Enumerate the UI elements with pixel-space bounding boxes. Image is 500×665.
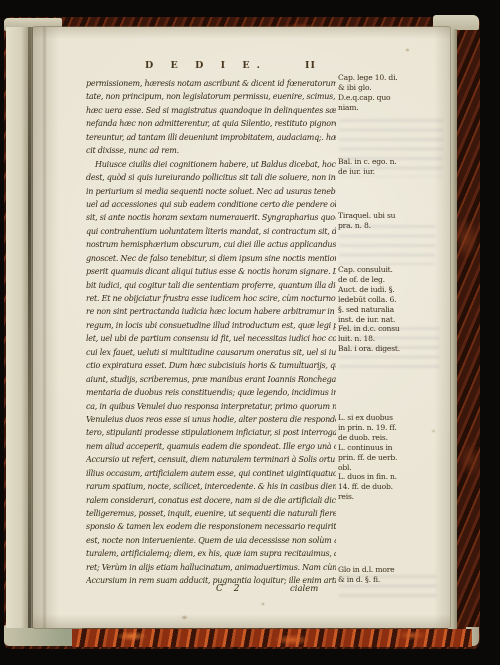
body-line: dest, quòd si quis iureiurando pollicitu… xyxy=(86,171,336,184)
margin-note-line: & ibi glo. xyxy=(338,83,438,93)
body-line: re non sint pertractanda iudicia hæc loc… xyxy=(86,305,336,318)
body-line: turalem, artificialemq; diem, ex his, qu… xyxy=(86,547,336,560)
signature-mark: C 2 xyxy=(216,584,243,594)
body-line: Venuleius duos reos esse si unus hodie, … xyxy=(86,413,336,426)
main-text-block: permissionem, hæresis notam ascribunt & … xyxy=(86,77,336,588)
body-line: gnoscet. Nec de falso tenebitur, si diem… xyxy=(86,252,336,265)
body-line: ca, in quibus Venulei duo responsa inter… xyxy=(86,400,336,413)
ink-showthrough xyxy=(339,119,443,177)
page-stain xyxy=(181,615,188,620)
margin-note-line: in prin. n. 19. ff. xyxy=(338,423,438,433)
body-line: Huiusce ciuilis diei cognitionem habere,… xyxy=(86,158,336,171)
body-line: aiunt, studijs, scriberemus, præ manibus… xyxy=(86,373,336,386)
margin-note-line: reis. xyxy=(338,492,438,502)
body-line: cui lex fauet, ueluti si multitudine cau… xyxy=(86,346,336,359)
body-line: cit dixisse, nunc ad rem. xyxy=(86,144,336,157)
body-line: ralem considerari, conatus est docere, n… xyxy=(86,494,336,507)
facing-page-sliver xyxy=(6,27,33,628)
margin-note-line: inst. de iur. nat. xyxy=(338,315,438,325)
margin-note-line: niam. xyxy=(338,103,438,113)
body-line: illius occasum, artificialem autem esse,… xyxy=(86,467,336,480)
book-page: D E D I E. II permissionem, hæresis nota… xyxy=(33,27,450,628)
margin-note-line: Cap. consuluit. xyxy=(338,265,438,275)
body-line: rarum spatium, nocte, scilicet, interced… xyxy=(86,480,336,493)
body-line: in periurium si media sequenti nocte sol… xyxy=(86,185,336,198)
ink-showthrough xyxy=(339,575,437,601)
margin-note-line: ledebūt colla. 6. xyxy=(338,295,438,305)
body-line: tate, non principum, non legislatorum pe… xyxy=(86,90,336,103)
page-stain xyxy=(405,48,410,52)
body-line: nefanda hæc non admitterentur, at quia S… xyxy=(86,117,336,130)
body-line: telligeremus, posset, inquit, euenire, u… xyxy=(86,507,336,520)
margin-note-line: D.e.q.cap. quo xyxy=(338,93,438,103)
margin-note-line: Glo in d.l. more xyxy=(338,565,438,575)
body-line: mentaria de duobus reis constituendis; q… xyxy=(86,386,336,399)
body-line: sit, si ante noctis horam sextam numerau… xyxy=(86,211,336,224)
margin-note: Cap. lege 10. di.& ibi glo.D.e.q.cap. qu… xyxy=(338,73,438,113)
gutter-crease xyxy=(42,27,47,628)
page-stain xyxy=(261,602,265,606)
margin-note-line: L. continuus in xyxy=(338,443,438,453)
margin-note-line: 14. ff. de duob. xyxy=(338,482,438,492)
body-line: bit iudici, qui cogitur tali die sentent… xyxy=(86,279,336,292)
ink-showthrough xyxy=(339,327,439,373)
margin-note-line: Cap. lege 10. di. xyxy=(338,73,438,83)
body-line: ctio expiratura esset. Dum hæc subcisiui… xyxy=(86,359,336,372)
margin-note-line: Auct. de iudi. §. xyxy=(338,285,438,295)
margin-note-line: L. duos in fin. n. xyxy=(338,472,438,482)
page-number: II xyxy=(305,60,316,71)
margin-note-line: de duob. reis. xyxy=(338,433,438,443)
cover-corner-bottom-left xyxy=(4,625,82,646)
body-line: ret. Et ne obijciatur frustra esse iudic… xyxy=(86,292,336,305)
body-line: uel ad accessiones qui sub eadem conditi… xyxy=(86,198,336,211)
body-line: tero, stipulanti prodesse stipulationem … xyxy=(86,426,336,439)
body-line: qui contrahentium uoluntatem literis man… xyxy=(86,225,336,238)
margin-note-line: prin. ff. de uerb. xyxy=(338,453,438,463)
body-line: ret; Verùm in alijs etiam hallucinatum, … xyxy=(86,561,336,574)
margin-note-line: L. si ex duobus xyxy=(338,413,438,423)
body-line: sponsio & tamen lex eodem die responsion… xyxy=(86,520,336,533)
body-line: nem aliud acceperit, quamuis eadem die s… xyxy=(86,440,336,453)
body-line: let, uel ubi de partium consensu id fit,… xyxy=(86,332,336,345)
margin-note: L. si ex duobusin prin. n. 19. ff.de duo… xyxy=(338,413,438,502)
body-line: est, nocte non interueniente. Quem de ui… xyxy=(86,534,336,547)
body-line: hæc uera esse. Sed si magistratus quando… xyxy=(86,104,336,117)
ink-showthrough xyxy=(339,225,435,265)
body-line: permissionem, hæresis notam ascribunt & … xyxy=(86,77,336,90)
body-line: Accursio ut refert, censuit, diem natura… xyxy=(86,453,336,466)
body-line: tereuntur, ad tantam illi deueniunt impr… xyxy=(86,131,336,144)
margin-note-line: Tiraquel. ubi su xyxy=(338,211,438,221)
body-line: regum, in locis ubi consuetudine illud i… xyxy=(86,319,336,332)
margin-note-line: obl. xyxy=(338,463,438,473)
catchword: cialem xyxy=(290,584,318,594)
page-stain xyxy=(431,429,436,433)
body-line: nostrum hemisphærium obscurum, cui diei … xyxy=(86,238,336,251)
photo-background: { "header": { "running_title": "D E D I … xyxy=(0,0,500,665)
cover-bottom-edge-marbled xyxy=(72,629,472,647)
running-title: D E D I E. xyxy=(145,60,267,71)
margin-note-line: §. sed naturalia xyxy=(338,305,438,315)
body-line: pserit quamuis dicant aliqui tutius esse… xyxy=(86,265,336,278)
margin-note-line: de of. de leg. xyxy=(338,275,438,285)
